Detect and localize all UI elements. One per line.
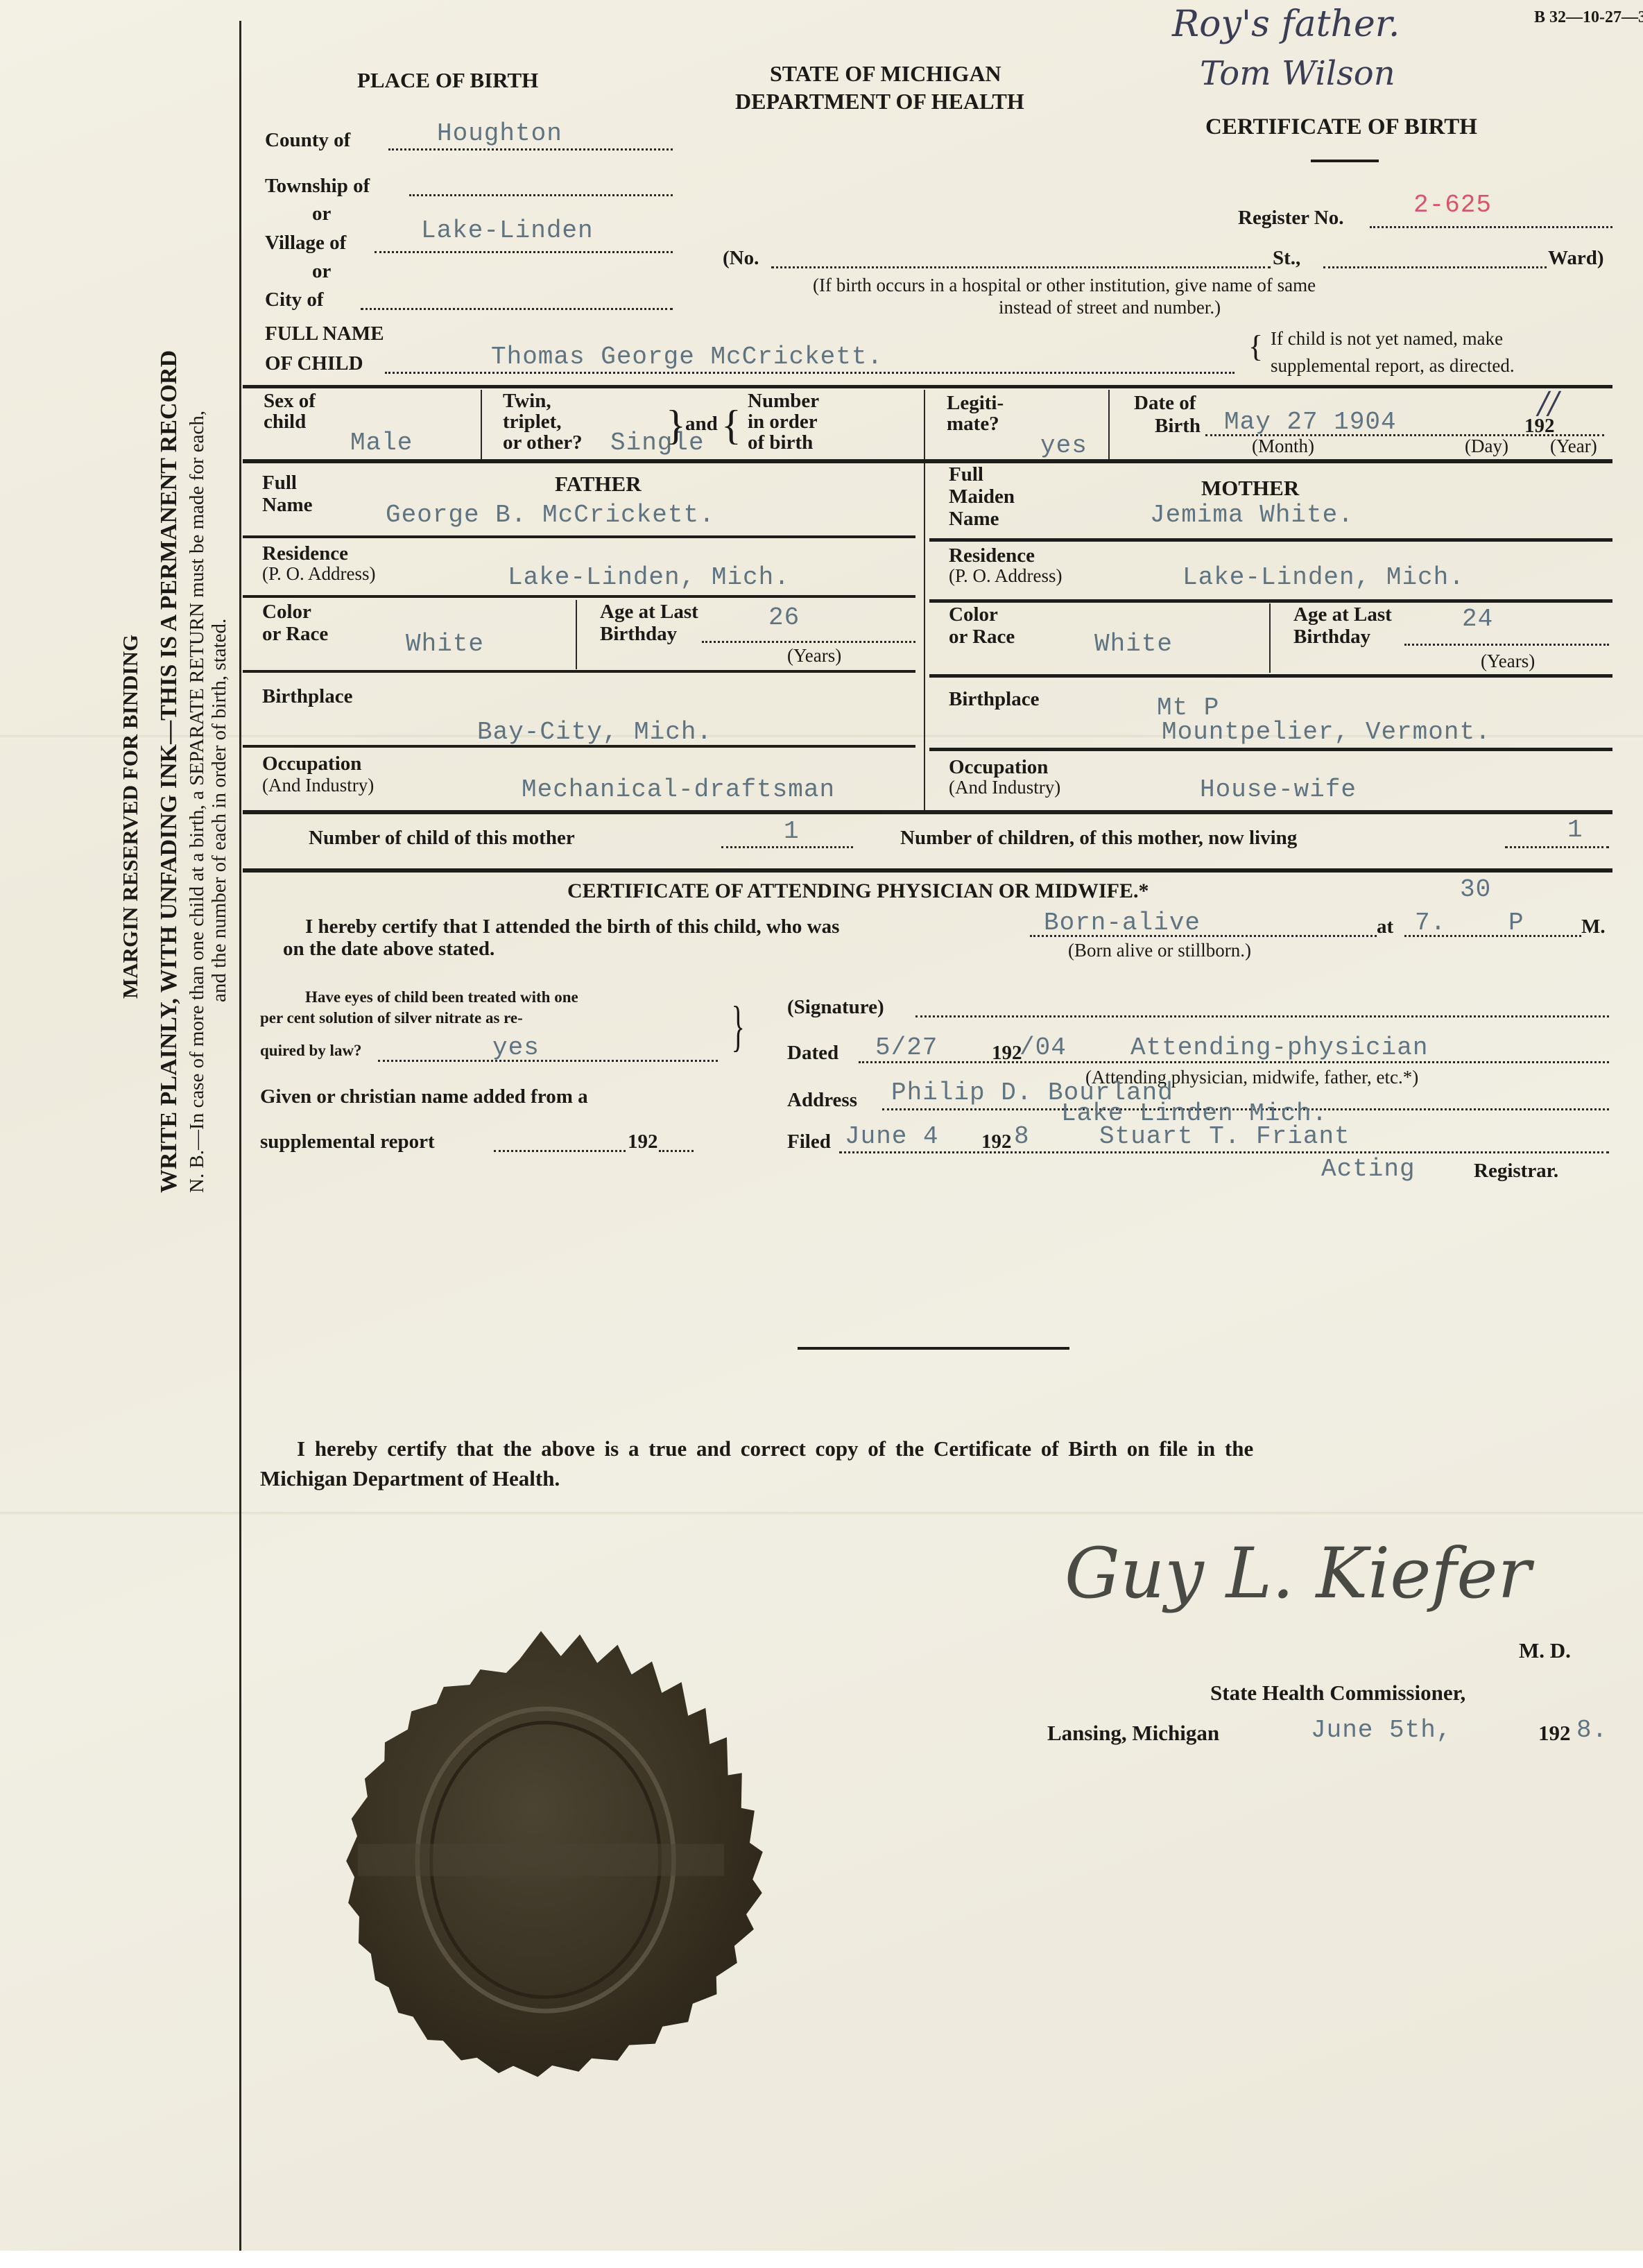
born-alive-field[interactable]: Born-alive	[1044, 909, 1201, 937]
dated-field[interactable]: 5/27	[875, 1033, 938, 1062]
sex-label-2: child	[264, 411, 306, 433]
twin-label-3: or other?	[503, 431, 583, 454]
row-rule	[243, 385, 1612, 388]
village-field[interactable]: Lake-Linden	[421, 216, 594, 245]
row-rule	[929, 748, 1612, 751]
row-rule	[929, 599, 1612, 603]
eyes-dots	[378, 1060, 718, 1062]
mother-age-field[interactable]: 24	[1462, 605, 1493, 633]
township-label: Township of	[265, 175, 370, 197]
child-name-field[interactable]: Thomas George McCrickett.	[491, 343, 883, 371]
dated-year-field[interactable]: /04	[1020, 1033, 1067, 1062]
row-rule	[243, 459, 1612, 463]
mother-color-field[interactable]: White	[1094, 630, 1173, 658]
attestation-year-field[interactable]: 8.	[1576, 1716, 1608, 1744]
eyes-field[interactable]: yes	[492, 1033, 540, 1062]
mother-name-field[interactable]: Jemima White.	[1150, 501, 1354, 529]
registrar-label: Registrar.	[1474, 1160, 1558, 1182]
mother-residence-field[interactable]: Lake-Linden, Mich.	[1182, 563, 1465, 592]
mother-residence-label-2: (P. O. Address)	[949, 565, 1063, 586]
eyes-question-3: quired by law?	[260, 1042, 362, 1060]
sex-label: Sex of	[264, 390, 316, 412]
or-label: or	[312, 260, 331, 282]
brace: {	[1248, 326, 1263, 368]
address-label: Address	[787, 1089, 857, 1111]
order-label: Number	[748, 390, 819, 412]
commissioner-signature: Guy L. Kiefer	[1065, 1533, 1531, 1614]
child-number-label: Number of child of this mother	[309, 827, 575, 849]
location-label: Lansing, Michigan	[1047, 1721, 1219, 1746]
attestation-year-prefix: 192	[1538, 1721, 1571, 1746]
department-heading: DEPARTMENT OF HEALTH	[735, 89, 1024, 114]
order-label-3: of birth	[748, 431, 813, 454]
mother-heading: MOTHER	[1201, 476, 1299, 501]
md-label: M. D.	[1519, 1638, 1571, 1663]
father-color-label-2: or Race	[262, 623, 328, 645]
father-heading: FATHER	[555, 472, 642, 497]
row-rule	[243, 745, 915, 748]
full-name-label: FULL NAME	[265, 323, 384, 345]
row-rule	[243, 868, 1612, 873]
physician-heading: CERTIFICATE OF ATTENDING PHYSICIAN OR MI…	[567, 879, 1149, 903]
father-age-field[interactable]: 26	[768, 603, 800, 632]
father-age-unit: (Years)	[787, 645, 841, 666]
mother-name-label-3: Name	[949, 508, 999, 530]
child-number-field[interactable]: 1	[784, 817, 800, 845]
margin-line	[239, 21, 241, 2251]
village-dots	[375, 251, 673, 253]
given-name-text: Given or christian name added from a	[260, 1085, 588, 1108]
margin-nb-note-2: and the number of each in order of birth…	[208, 619, 231, 1002]
father-age-label: Age at Last	[600, 601, 698, 623]
street-no-label: (No.	[723, 247, 759, 269]
dob-field[interactable]: May 27 1904	[1224, 408, 1397, 436]
eyes-question-2: per cent solution of silver nitrate as r…	[260, 1009, 523, 1027]
township-field[interactable]	[409, 194, 673, 196]
brace: }	[732, 985, 745, 1068]
margin-permanent-record-note: WRITE PLAINLY, WITH UNFADING INK—THIS IS…	[156, 350, 182, 1193]
of-child-label: OF CHILD	[265, 352, 363, 375]
father-name-label-2: Name	[262, 494, 312, 516]
state-heading: STATE OF MICHIGAN	[770, 61, 1001, 87]
col-divider	[924, 463, 925, 810]
ward-field[interactable]	[1323, 266, 1547, 268]
father-occupation-label-2: (And Industry)	[262, 775, 374, 796]
full-name-dots	[385, 372, 1235, 374]
register-dots	[1370, 226, 1612, 228]
twin-label: Twin,	[503, 390, 551, 412]
hospital-note-2: instead of street and number.)	[999, 297, 1221, 318]
attestation-date-field[interactable]: June 5th,	[1311, 1716, 1452, 1744]
commissioner-title: State Health Commissioner,	[1210, 1681, 1465, 1706]
row-rule	[243, 670, 915, 673]
children-living-field[interactable]: 1	[1567, 816, 1583, 844]
father-age-dots	[702, 641, 915, 643]
m-label: M.	[1581, 916, 1606, 938]
signature-label: (Signature)	[787, 996, 884, 1018]
row-rule	[929, 538, 1612, 542]
at-label: at	[1377, 916, 1393, 938]
order-label-2: in order	[748, 411, 818, 433]
unnamed-note: If child is not yet named, make	[1271, 328, 1503, 349]
date-stated-text: on the date above stated.	[283, 938, 494, 960]
legitimate-label: Legiti-	[947, 392, 1004, 414]
register-label: Register No.	[1238, 207, 1343, 229]
mother-name-label-2: Maiden	[949, 486, 1015, 508]
mother-color-label-2: or Race	[949, 626, 1015, 648]
dob-label: Date of	[1134, 392, 1196, 414]
title-rule	[1311, 160, 1379, 162]
ward-label: Ward)	[1548, 247, 1604, 269]
certificate-page: MARGIN RESERVED FOR BINDING WRITE PLAINL…	[0, 0, 1643, 2251]
born-note: (Born alive or stillborn.)	[1068, 940, 1251, 961]
registrar-acting: Acting	[1321, 1155, 1416, 1183]
registrar-name-field[interactable]: Stuart T. Friant	[1099, 1122, 1350, 1151]
register-number: 2-625	[1413, 191, 1492, 219]
legitimate-label-2: mate?	[947, 413, 999, 435]
father-residence-label-2: (P. O. Address)	[262, 563, 376, 584]
mother-age-label-2: Birthday	[1293, 626, 1370, 648]
given-name-text-2: supplemental report	[260, 1131, 435, 1153]
filed-label: Filed	[787, 1131, 831, 1153]
fold-crease	[0, 1512, 1643, 1516]
children-living-label: Number of children, of this mother, now …	[900, 827, 1297, 849]
mother-age-unit: (Years)	[1481, 651, 1535, 671]
father-name-label: Full	[262, 472, 297, 494]
mother-birthplace-field[interactable]: Mountpelier, Vermont.	[1162, 718, 1491, 746]
section-rule	[798, 1347, 1069, 1350]
birth-ampm-field[interactable]: P	[1508, 909, 1524, 937]
given-dots	[494, 1150, 626, 1152]
attendant-role-field[interactable]: Attending-physician	[1130, 1033, 1428, 1062]
row-rule	[243, 810, 1612, 814]
handwritten-note-line2: Tom Wilson	[1200, 54, 1395, 93]
child-number-dots	[721, 846, 853, 848]
col-divider	[924, 390, 925, 459]
eyes-question: Have eyes of child been treated with one	[305, 988, 578, 1006]
mother-occupation-label-2: (And Industry)	[949, 777, 1060, 798]
dated-label: Dated	[787, 1042, 838, 1064]
father-occupation-field[interactable]: Mechanical-draftsman	[522, 775, 835, 804]
children-living-dots	[1505, 846, 1609, 848]
dob-correction-mark: //	[1538, 386, 1559, 421]
handwritten-note-line1: Roy's father.	[1172, 3, 1400, 45]
dob-day-caption: (Day)	[1465, 436, 1508, 456]
dob-month-caption: (Month)	[1252, 436, 1314, 456]
hospital-note: (If birth occurs in a hospital or other …	[813, 275, 1316, 295]
row-rule	[929, 674, 1612, 678]
father-name-field[interactable]: George B. McCrickett.	[386, 501, 715, 529]
mother-age-dots	[1404, 644, 1609, 646]
county-dots	[388, 148, 673, 151]
mother-residence-label: Residence	[949, 544, 1035, 567]
and-label: and	[685, 413, 718, 435]
margin-nb-note: N. B.—In case of more than one child at …	[186, 411, 209, 1193]
mother-color-label: Color	[949, 603, 998, 626]
father-age-label-2: Birthday	[600, 623, 677, 645]
father-birthplace-label: Birthplace	[262, 685, 353, 707]
dated-year-prefix: 192	[992, 1042, 1022, 1064]
father-residence-field[interactable]: Lake-Linden, Mich.	[508, 563, 790, 592]
col-divider	[1269, 603, 1271, 673]
filed-dots	[839, 1151, 1609, 1153]
given-year-field[interactable]	[659, 1150, 694, 1152]
state-seal-icon	[312, 1626, 770, 2084]
brace: {	[721, 394, 741, 456]
signature-field[interactable]	[915, 1015, 1609, 1017]
filed-year-field[interactable]: 8	[1014, 1122, 1030, 1151]
col-divider	[576, 600, 577, 669]
mother-birthplace-label: Birthplace	[949, 688, 1040, 710]
place-of-birth-heading: PLACE OF BIRTH	[357, 68, 538, 93]
father-occupation-label: Occupation	[262, 753, 361, 775]
sex-field[interactable]: Male	[350, 429, 413, 457]
birth-minute-field[interactable]: 30	[1460, 875, 1491, 904]
dob-year-caption: (Year)	[1550, 436, 1597, 456]
or-label: or	[312, 203, 331, 225]
county-field[interactable]: Houghton	[437, 119, 562, 148]
mother-occupation-label: Occupation	[949, 756, 1048, 778]
row-rule	[243, 595, 915, 598]
filed-date-field[interactable]: June 4	[845, 1122, 939, 1151]
village-label: Village of	[265, 232, 346, 254]
margin-binding-note: MARGIN RESERVED FOR BINDING	[118, 635, 143, 999]
father-color-field[interactable]: White	[406, 630, 484, 658]
form-code: B 32—10-27—3M	[1534, 8, 1643, 27]
street-no-field[interactable]	[771, 266, 1271, 268]
birth-hour-field[interactable]: 7.	[1415, 909, 1446, 937]
city-field[interactable]	[361, 308, 673, 310]
col-divider	[481, 390, 482, 459]
dob-label-2: Birth	[1155, 415, 1201, 437]
certificate-title: CERTIFICATE OF BIRTH	[1205, 114, 1477, 140]
mother-occupation-field[interactable]: House-wife	[1200, 775, 1357, 804]
brace: }	[666, 394, 686, 456]
city-label: City of	[265, 289, 324, 311]
row-rule	[243, 535, 915, 538]
father-residence-label: Residence	[262, 542, 348, 565]
filed-year-prefix: 192	[981, 1131, 1012, 1153]
legitimate-field[interactable]: yes	[1040, 431, 1087, 460]
mother-age-label: Age at Last	[1293, 603, 1392, 626]
father-color-label: Color	[262, 601, 311, 623]
unnamed-note-2: supplemental report, as directed.	[1271, 355, 1515, 376]
county-label: County of	[265, 129, 350, 151]
twin-label-2: triplet,	[503, 411, 562, 433]
attestation-text-2: Michigan Department of Health.	[260, 1468, 560, 1490]
father-birthplace-field[interactable]: Bay-City, Mich.	[477, 718, 712, 746]
attestation-text: I hereby certify that the above is a tru…	[297, 1438, 1253, 1460]
col-divider	[1108, 390, 1110, 459]
certify-text: I hereby certify that I attended the bir…	[305, 916, 839, 938]
given-year-prefix: 192	[628, 1131, 658, 1153]
street-label: St.,	[1273, 247, 1300, 269]
mother-name-label: Full	[949, 463, 983, 486]
